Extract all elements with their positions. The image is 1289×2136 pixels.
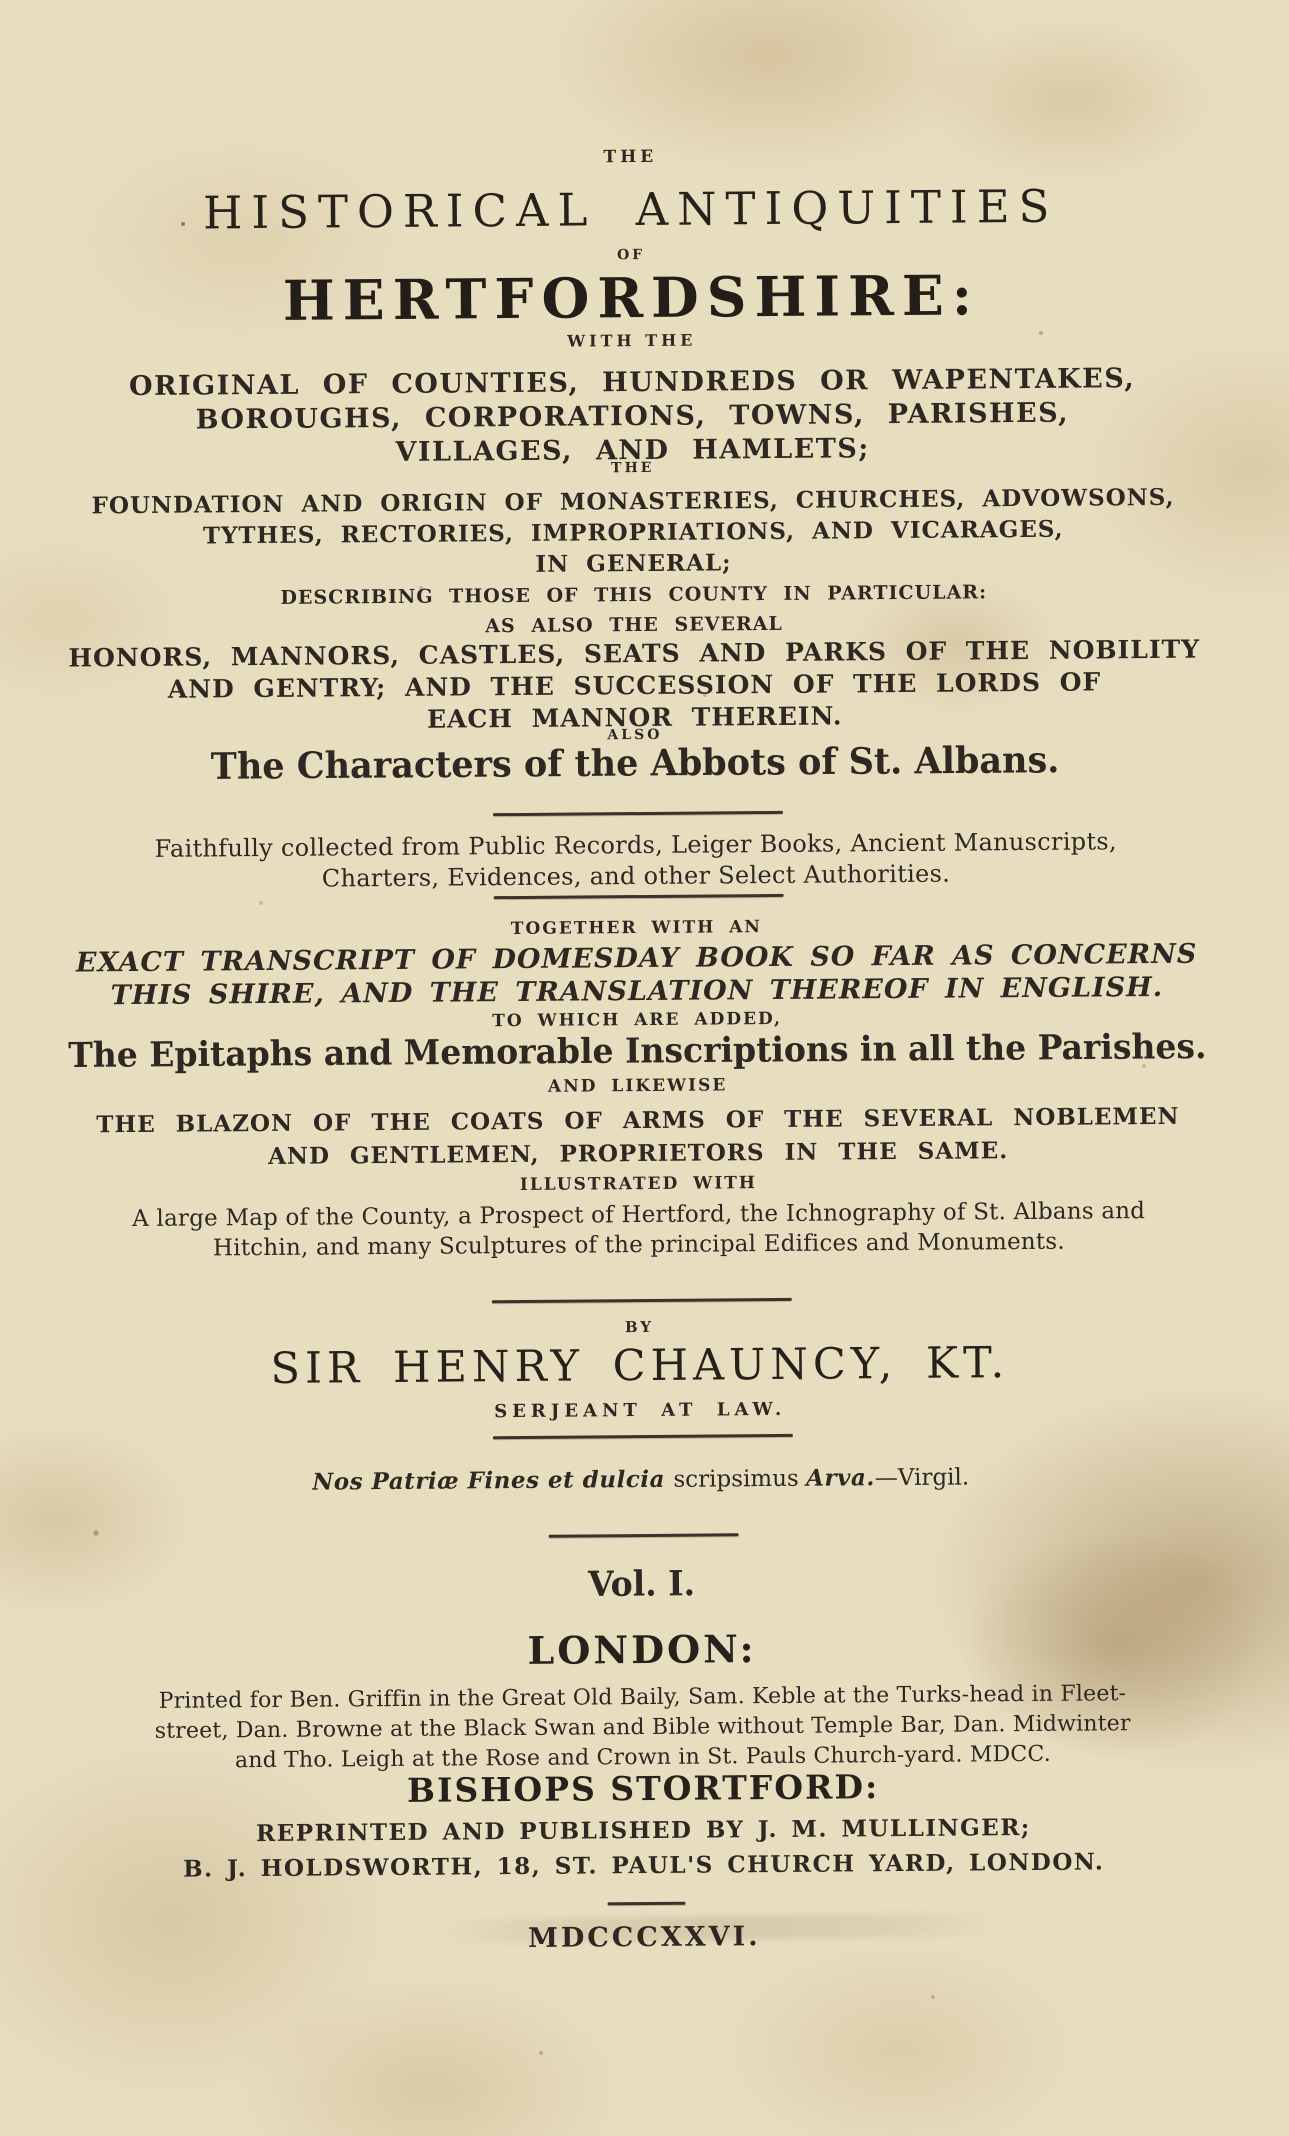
publication-year: MDCCCXXVI.	[7, 1917, 1282, 1958]
volume-number: Vol. I.	[4, 1558, 1279, 1609]
half-title-the: THE	[0, 142, 1268, 172]
county-title: HERTFORDSHIRE:	[0, 260, 1269, 335]
and-likewise: AND LIKEWISE	[0, 1071, 1275, 1101]
blazon-lines: THE BLAZON OF THE COATS OF ARMS OF THE S…	[0, 1099, 1275, 1175]
collected-note: Faithfully collected from Public Records…	[0, 825, 1274, 897]
foxing-specks	[0, 0, 2, 2]
imprint-london-heading: LONDON:	[4, 1622, 1279, 1677]
blackletter-epitaphs-line: The Epitaphs and Memorable Inscriptions …	[0, 1025, 1275, 1076]
title-page: THE HISTORICAL ANTIQUITIES OF HERTFORDSH…	[0, 0, 1289, 2136]
rule-divider	[492, 811, 782, 816]
rule-divider	[548, 1533, 738, 1537]
blackletter-characters-line: The Characters of the Abbots of St. Alba…	[0, 737, 1273, 790]
rule-divider	[492, 1434, 792, 1439]
motto-italic-1: Nos Patriæ Fines et dulcia	[312, 1466, 673, 1496]
imprint-stortford-line2: B. J. HOLDSWORTH, 18, ST. PAUL'S CHURCH …	[6, 1847, 1281, 1884]
main-title: HISTORICAL ANTIQUITIES	[0, 178, 1268, 241]
motto-attribution: —Virgil.	[875, 1464, 970, 1491]
imprint-stortford-line1: REPRINTED AND PUBLISHED BY J. M. MULLING…	[6, 1812, 1281, 1849]
latin-motto: Nos Patriæ Fines et dulcia scripsimus Ar…	[3, 1461, 1278, 1498]
rule-divider	[493, 894, 783, 899]
author-rank: SERJEANT AT LAW.	[3, 1395, 1278, 1426]
rule-divider	[491, 1298, 791, 1303]
rule-divider-short	[607, 1902, 685, 1906]
motto-roman: scripsimus	[673, 1466, 806, 1493]
subtitle-foundation: FOUNDATION AND ORIGIN OF MONASTERIES, CH…	[0, 481, 1271, 584]
author-name: SIR HENRY CHAUNCY, KT.	[2, 1336, 1277, 1396]
book-title-page-photo: { "title_block": { "kicker": "THE", "tit…	[0, 0, 1289, 2136]
imprint-london-text: Printed for Ben. Griffin in the Great Ol…	[5, 1678, 1281, 1778]
map-description: A large Map of the County, a Prospect of…	[1, 1195, 1276, 1265]
motto-italic-2: Arva.	[806, 1464, 875, 1492]
domesday-transcript: EXACT TRANSCRIPT OF DOMESDAY BOOK SO FAR…	[0, 937, 1275, 1013]
